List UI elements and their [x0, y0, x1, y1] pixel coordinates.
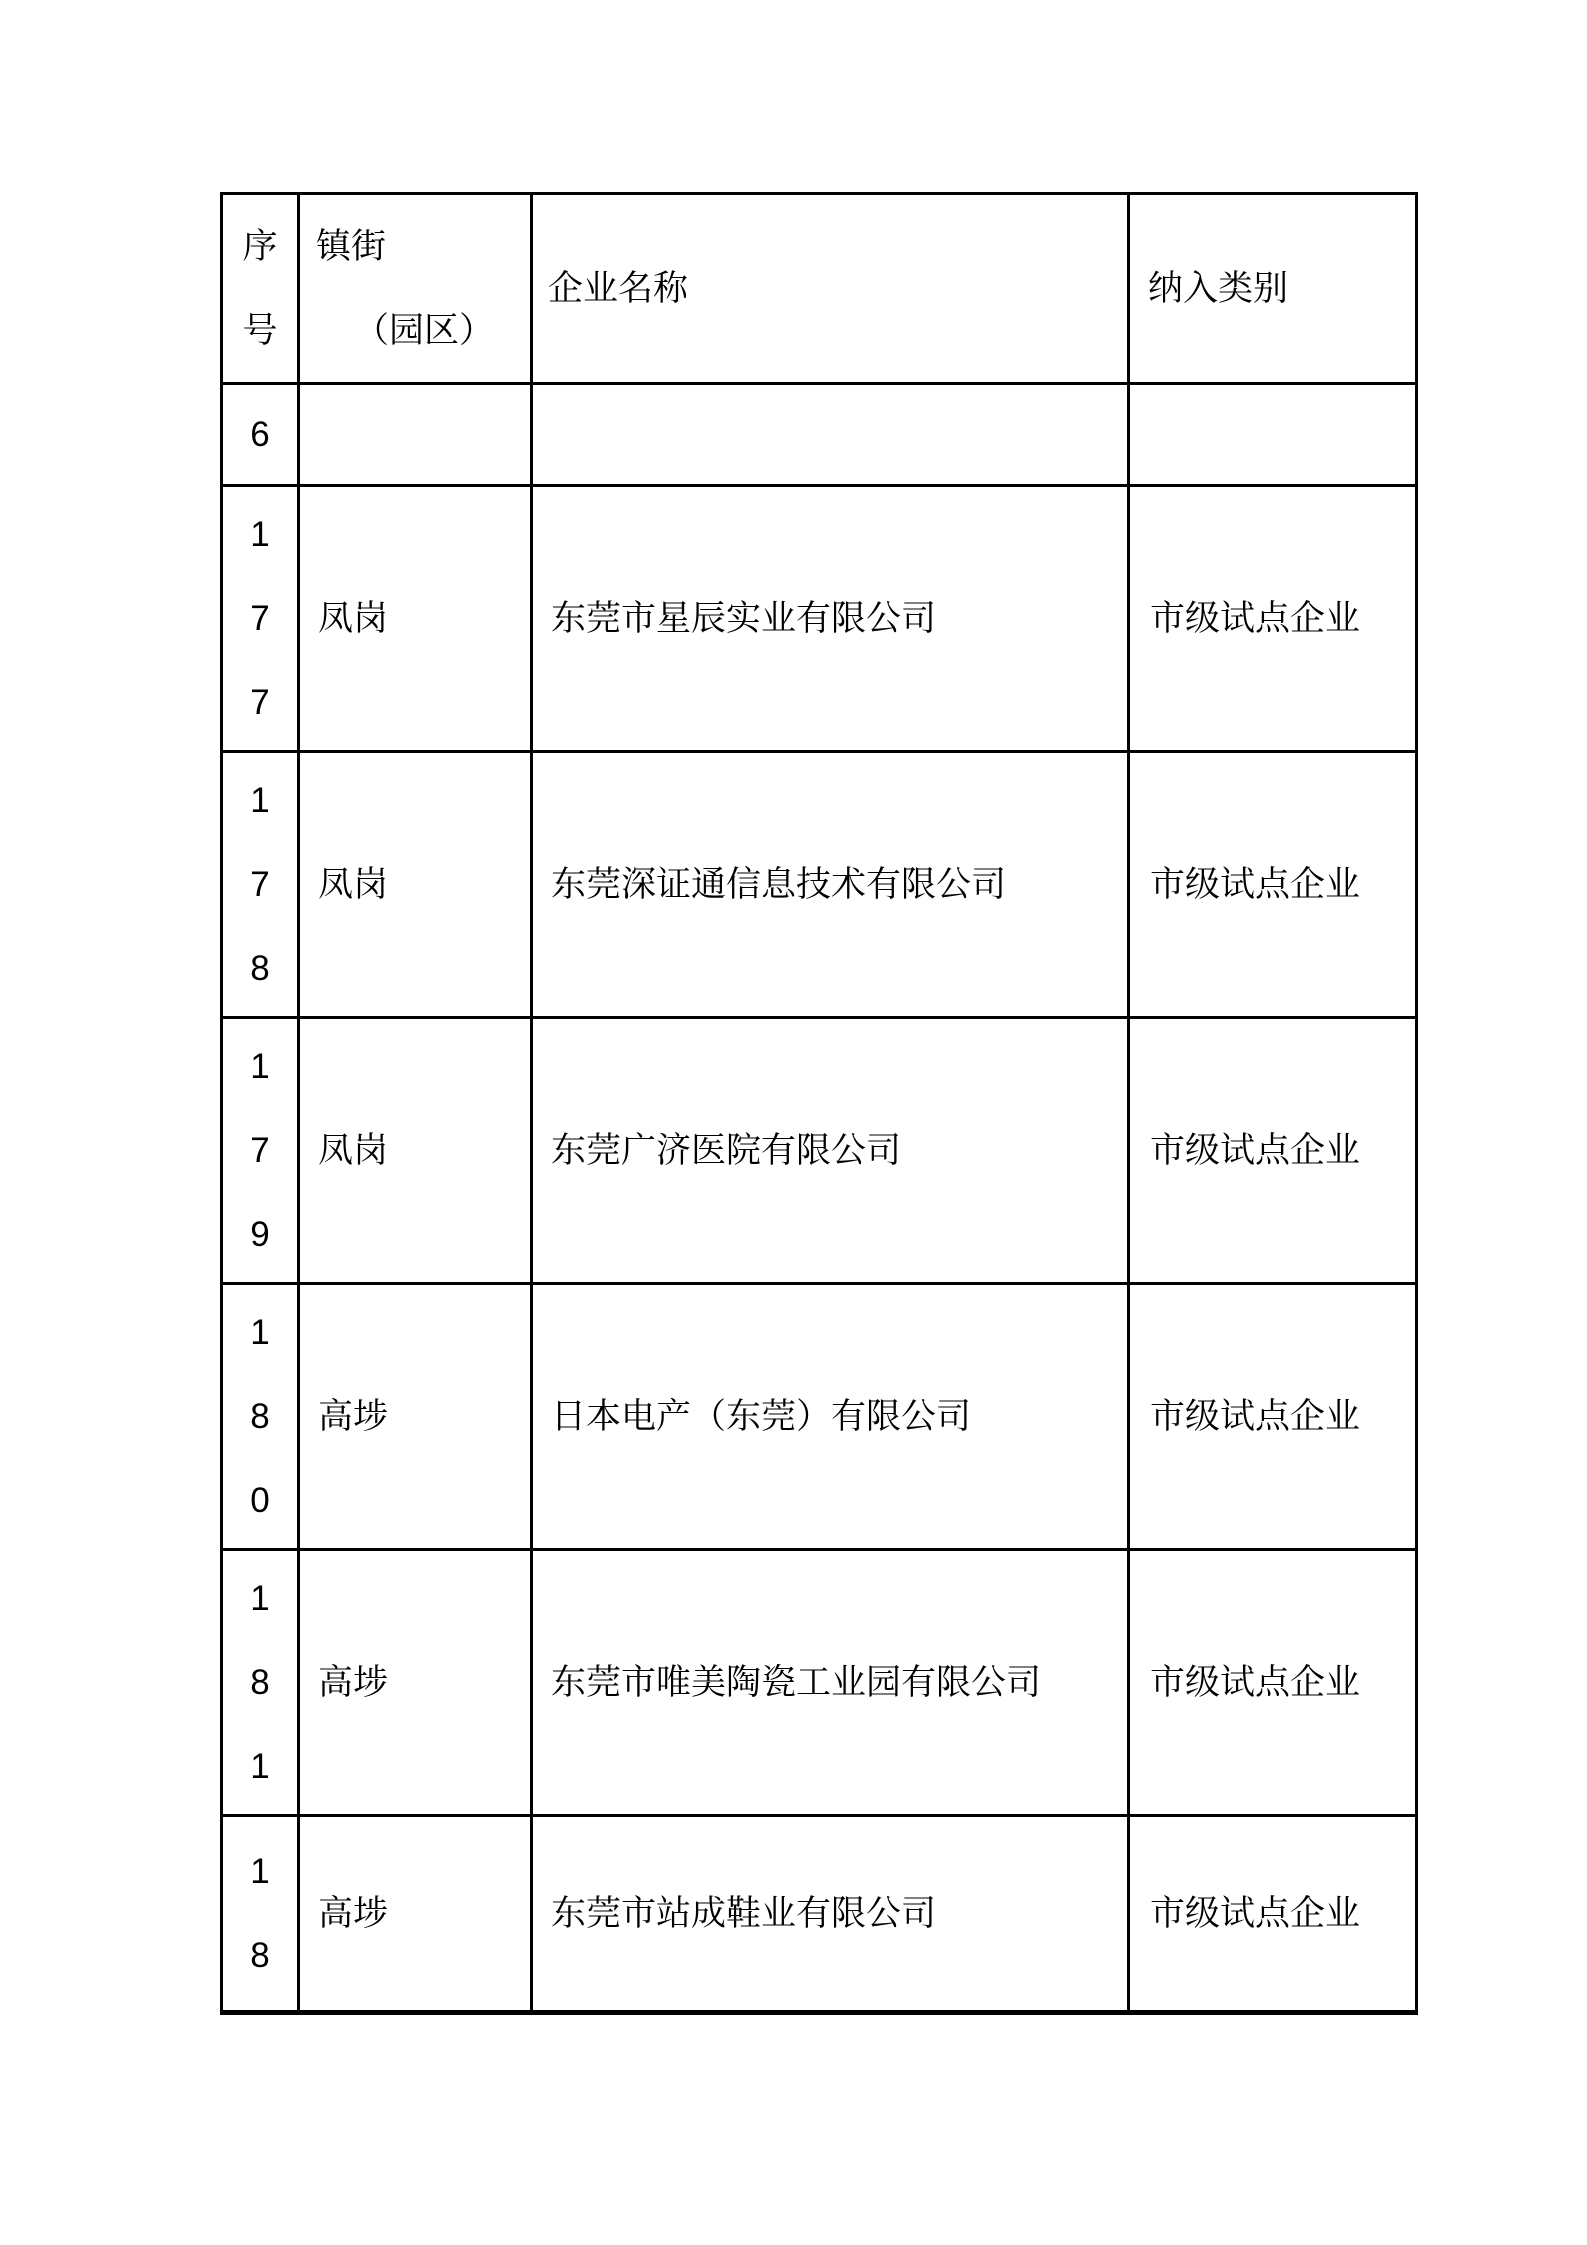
company-cell: 东莞市唯美陶瓷工业园有限公司 [532, 1550, 1129, 1816]
enterprise-table: 序 号 镇街 （园区） 企业名称 纳入类别 6 [220, 192, 1418, 2015]
header-seq-line: 号 [223, 289, 297, 373]
company-cell: 东莞市星辰实业有限公司 [532, 486, 1129, 752]
town-cell: 凤岗 [299, 752, 532, 1018]
town-cell [299, 384, 532, 486]
category-cell: 市级试点企业 [1129, 1284, 1417, 1550]
header-town-stack: 镇街 （园区） [300, 205, 530, 373]
company-cell: 东莞广济医院有限公司 [532, 1018, 1129, 1284]
header-seq-stack: 序 号 [223, 205, 297, 373]
company-cell: 东莞深证通信息技术有限公司 [532, 752, 1129, 1018]
seq-cell: 1 8 0 [222, 1284, 299, 1550]
seq-digit: 8 [223, 1375, 297, 1459]
seq-cell: 1 7 9 [222, 1018, 299, 1284]
seq-cell: 1 7 7 [222, 486, 299, 752]
seq-digit: 7 [223, 843, 297, 927]
table-row: 1 7 9 凤岗 东莞广济医院有限公司 市级试点企业 [222, 1018, 1417, 1284]
seq-digit: 7 [223, 661, 297, 745]
seq-digit: 7 [223, 1109, 297, 1193]
header-town-line: 镇街 [300, 205, 530, 289]
header-town-cell: 镇街 （园区） [299, 194, 532, 384]
seq-digit: 8 [223, 927, 297, 1011]
seq-digit: 6 [223, 393, 297, 477]
seq-digit: 1 [223, 1830, 297, 1914]
category-cell [1129, 384, 1417, 486]
table-row: 1 8 1 高埗 东莞市唯美陶瓷工业园有限公司 市级试点企业 [222, 1550, 1417, 1816]
table-row: 6 [222, 384, 1417, 486]
category-cell: 市级试点企业 [1129, 1018, 1417, 1284]
company-cell: 东莞市站成鞋业有限公司 [532, 1816, 1129, 2013]
header-town-line: （园区） [300, 289, 530, 373]
seq-cell: 1 7 8 [222, 752, 299, 1018]
seq-digit: 7 [223, 577, 297, 661]
seq-cell: 1 8 [222, 1816, 299, 2013]
table-header-row: 序 号 镇街 （园区） 企业名称 纳入类别 [222, 194, 1417, 384]
town-cell: 高埗 [299, 1550, 532, 1816]
table-row: 1 7 8 凤岗 东莞深证通信息技术有限公司 市级试点企业 [222, 752, 1417, 1018]
table-row: 1 8 高埗 东莞市站成鞋业有限公司 市级试点企业 [222, 1816, 1417, 2013]
table-row: 1 7 7 凤岗 东莞市星辰实业有限公司 市级试点企业 [222, 486, 1417, 752]
seq-digit: 8 [223, 1641, 297, 1725]
seq-digit: 8 [223, 1914, 297, 1998]
header-seq-line: 序 [223, 205, 297, 289]
category-cell: 市级试点企业 [1129, 486, 1417, 752]
seq-cell: 1 8 1 [222, 1550, 299, 1816]
document-page: 序 号 镇街 （园区） 企业名称 纳入类别 6 [0, 0, 1587, 2245]
seq-digit: 1 [223, 493, 297, 577]
seq-digit: 9 [223, 1193, 297, 1277]
category-cell: 市级试点企业 [1129, 752, 1417, 1018]
seq-digit: 1 [223, 1025, 297, 1109]
seq-digit: 1 [223, 759, 297, 843]
seq-digit: 1 [223, 1557, 297, 1641]
header-category-cell: 纳入类别 [1129, 194, 1417, 384]
header-company-cell: 企业名称 [532, 194, 1129, 384]
seq-digit: 1 [223, 1725, 297, 1809]
header-seq-cell: 序 号 [222, 194, 299, 384]
company-cell: 日本电产（东莞）有限公司 [532, 1284, 1129, 1550]
company-cell [532, 384, 1129, 486]
seq-cell: 6 [222, 384, 299, 486]
town-cell: 高埗 [299, 1816, 532, 2013]
table-row: 1 8 0 高埗 日本电产（东莞）有限公司 市级试点企业 [222, 1284, 1417, 1550]
seq-digit: 0 [223, 1459, 297, 1543]
category-cell: 市级试点企业 [1129, 1550, 1417, 1816]
town-cell: 凤岗 [299, 1018, 532, 1284]
seq-digit: 1 [223, 1291, 297, 1375]
town-cell: 高埗 [299, 1284, 532, 1550]
category-cell: 市级试点企业 [1129, 1816, 1417, 2013]
town-cell: 凤岗 [299, 486, 532, 752]
